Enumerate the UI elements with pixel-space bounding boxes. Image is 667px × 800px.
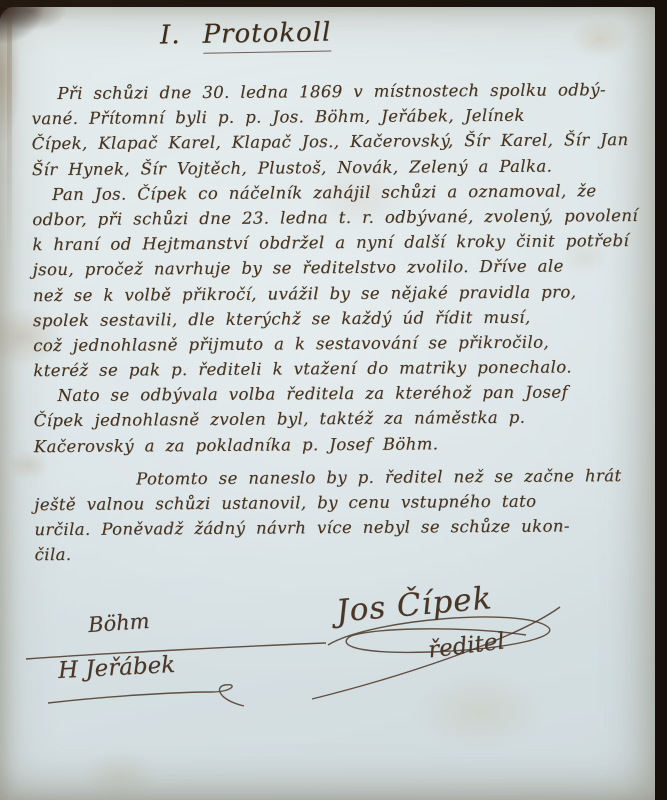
page-edge-crease — [7, 7, 12, 307]
handwriting-line: čila. — [35, 538, 660, 568]
document-title: I.Protokoll — [160, 18, 332, 51]
signature-jerabek: H Jeřábek — [57, 652, 175, 684]
handwriting-line: k hraní od Hejtmanství obdržel a nyní da… — [32, 228, 657, 258]
signature-cipek: Jos Čípek — [335, 580, 494, 630]
title-numeral: I. — [160, 20, 181, 50]
title-word: Protokoll — [202, 18, 331, 54]
signature-underline-jerabek — [46, 679, 251, 711]
handwriting-line: než se k volbě přikročí, uvážil by se ně… — [33, 278, 658, 308]
paper-page: I.Protokoll Při schůzi dne 30. ledna 186… — [0, 7, 655, 800]
handwriting-line: Nato se odbývala volba ředitela za které… — [33, 379, 658, 409]
signature-role-reditel: ředitel — [427, 628, 507, 663]
handwriting-line: Potomto se naneslo by p. ředitel než se … — [34, 463, 659, 493]
handwriting-line: Kačerovský a za pokladníka p. Josef Böhm… — [34, 429, 659, 459]
manuscript-photo: I.Protokoll Při schůzi dne 30. ledna 186… — [0, 0, 667, 800]
handwriting-line: Čípek, Klapač Karel, Klapač Jos., Kačero… — [32, 127, 657, 157]
handwriting-line: Při schůzi dne 30. ledna 1869 v místnost… — [31, 77, 656, 107]
handwritten-body: Při schůzi dne 30. ledna 1869 v místnost… — [31, 77, 659, 568]
handwriting-line: určila. Poněvadž žádný návrh více nebyl … — [34, 513, 659, 543]
signature-bohm: Böhm — [87, 609, 150, 637]
